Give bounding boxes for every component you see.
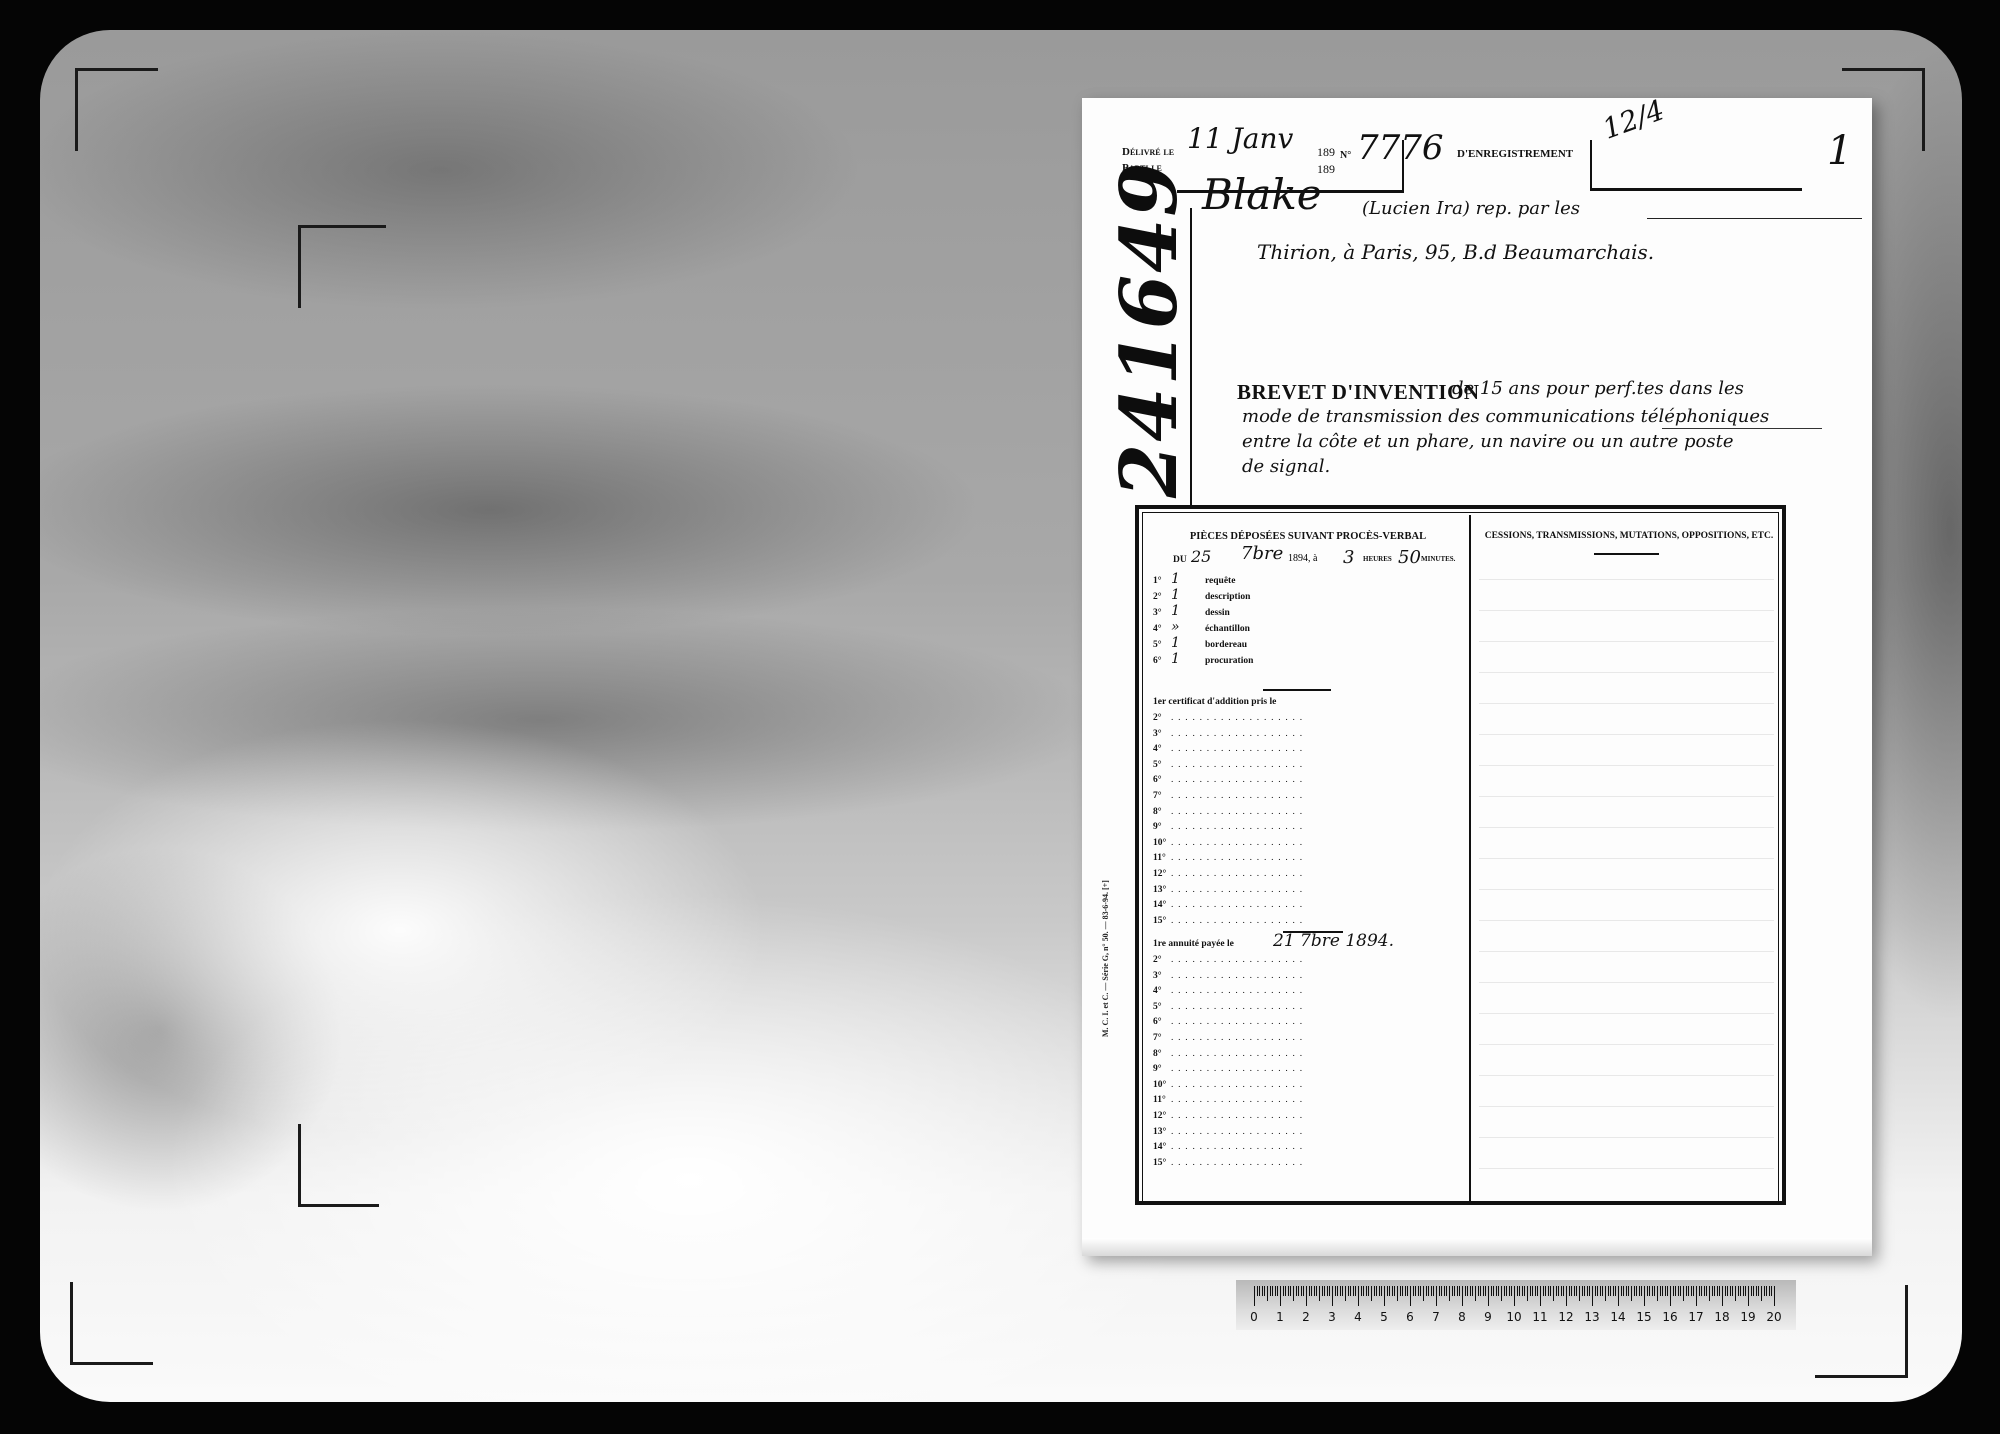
delivre-date-handwritten: 11 Janv — [1187, 122, 1293, 155]
ruler-tick — [1394, 1286, 1395, 1296]
numbered-row: 11°. . . . . . . . . . . . . . . . . . . — [1153, 853, 1303, 863]
ruler-tick — [1288, 1286, 1289, 1296]
piece-row: 6°1procuration — [1153, 651, 1253, 667]
ruler-tick — [1647, 1286, 1648, 1296]
ruler-tick — [1657, 1286, 1658, 1301]
corner-mark-top-left — [75, 68, 158, 151]
ruler-tick — [1511, 1286, 1512, 1296]
corner-mark-inner-bottom-left — [298, 1124, 379, 1207]
ruler-tick — [1423, 1286, 1424, 1301]
numbered-row: 14°. . . . . . . . . . . . . . . . . . . — [1153, 900, 1303, 910]
ruler-tick — [1696, 1286, 1697, 1306]
ruler-tick — [1400, 1286, 1401, 1296]
ruler-tick — [1275, 1286, 1276, 1296]
ruler-tick — [1738, 1286, 1739, 1296]
ruler-tick — [1654, 1286, 1655, 1296]
ruler-tick — [1563, 1286, 1564, 1296]
ruler-tick — [1301, 1286, 1302, 1296]
ruled-line — [1479, 889, 1774, 890]
ruler-tick — [1335, 1286, 1336, 1296]
ruler-tick — [1470, 1286, 1471, 1296]
corner-mark-bottom-right — [1815, 1285, 1908, 1378]
ruler-tick — [1361, 1286, 1362, 1296]
ruler-tick — [1524, 1286, 1525, 1296]
ruler-tick — [1662, 1286, 1663, 1296]
stamp-number: 241649 — [1094, 198, 1194, 498]
ruler-tick — [1452, 1286, 1453, 1296]
ruled-line — [1479, 827, 1774, 828]
deposit-month: 7bre — [1241, 543, 1283, 564]
ruler-tick — [1761, 1286, 1762, 1301]
ruler-label: 8 — [1458, 1310, 1466, 1324]
ruler-tick — [1420, 1286, 1421, 1296]
ruler-tick — [1699, 1286, 1700, 1296]
ruler-label: 18 — [1714, 1310, 1729, 1324]
numbered-row: 9°. . . . . . . . . . . . . . . . . . . — [1153, 822, 1303, 832]
measurement-ruler: 01234567891011121314151617181920 — [1236, 1280, 1796, 1330]
numbered-row: 7°. . . . . . . . . . . . . . . . . . . — [1153, 791, 1303, 801]
ruler-tick — [1496, 1286, 1497, 1296]
page-number: 1 — [1827, 128, 1852, 174]
annuite-label: 1re annuité payée le — [1153, 939, 1234, 949]
ruler-tick — [1514, 1286, 1515, 1306]
numbered-row: 4°. . . . . . . . . . . . . . . . . . . — [1153, 986, 1303, 996]
ruled-line — [1479, 765, 1774, 766]
ruler-tick — [1610, 1286, 1611, 1296]
ruler-tick — [1402, 1286, 1403, 1296]
ruler-tick — [1306, 1286, 1307, 1306]
ruler-tick — [1670, 1286, 1671, 1306]
ruler-tick — [1665, 1286, 1666, 1296]
cessions-separator — [1594, 553, 1659, 555]
ruler-tick — [1576, 1286, 1577, 1296]
ruler-tick — [1485, 1286, 1486, 1296]
ruler-tick — [1719, 1286, 1720, 1296]
deposit-date-line: DU 25 7bre 1894, à 3 HEURES 50 MINUTES. — [1173, 549, 1473, 569]
ruler-tick — [1545, 1286, 1546, 1296]
ruler-tick — [1693, 1286, 1694, 1296]
ruler-tick — [1498, 1286, 1499, 1296]
ruled-line — [1479, 610, 1774, 611]
ruler-tick — [1483, 1286, 1484, 1296]
ruler-tick — [1701, 1286, 1702, 1296]
ruler-label: 16 — [1662, 1310, 1677, 1324]
ruler-tick — [1569, 1286, 1570, 1296]
ruler-tick — [1444, 1286, 1445, 1296]
ruler-tick — [1322, 1286, 1323, 1296]
numbered-row: 12°. . . . . . . . . . . . . . . . . . . — [1153, 1111, 1303, 1121]
ruler-tick — [1342, 1286, 1343, 1296]
ruler-tick — [1530, 1286, 1531, 1296]
ruler-tick — [1298, 1286, 1299, 1296]
ruler-tick — [1641, 1286, 1642, 1296]
numbered-row: 2°. . . . . . . . . . . . . . . . . . . — [1153, 713, 1303, 723]
ruler-tick — [1535, 1286, 1536, 1296]
ruled-line — [1479, 1044, 1774, 1045]
ruler-tick — [1436, 1286, 1437, 1306]
ruled-line — [1479, 672, 1774, 673]
ruler-tick — [1340, 1286, 1341, 1296]
ruler-tick — [1732, 1286, 1733, 1296]
ruler-tick — [1548, 1286, 1549, 1296]
ruled-line — [1479, 920, 1774, 921]
ruler-tick — [1459, 1286, 1460, 1296]
brevet-rule — [1662, 428, 1822, 429]
ruler-tick — [1376, 1286, 1377, 1296]
ruled-line — [1479, 641, 1774, 642]
ruler-tick — [1454, 1286, 1455, 1296]
numbered-row: 9°. . . . . . . . . . . . . . . . . . . — [1153, 1064, 1303, 1074]
ruler-tick — [1543, 1286, 1544, 1296]
ruler-tick — [1277, 1286, 1278, 1296]
ruler-tick — [1735, 1286, 1736, 1301]
stamp-number-text: 241649 — [1104, 160, 1195, 498]
piece-row: 1°1requête — [1153, 571, 1235, 587]
ruler-tick — [1467, 1286, 1468, 1296]
ruler-tick — [1636, 1286, 1637, 1296]
ruler-tick — [1634, 1286, 1635, 1296]
ruler-tick — [1254, 1286, 1255, 1306]
ruler-tick — [1717, 1286, 1718, 1296]
ruler-label: 11 — [1532, 1310, 1547, 1324]
ruler-tick — [1449, 1286, 1450, 1301]
ruler-tick — [1613, 1286, 1614, 1296]
ruler-tick — [1517, 1286, 1518, 1296]
ruler-tick — [1631, 1286, 1632, 1301]
ruler-tick — [1433, 1286, 1434, 1296]
ruler-tick — [1660, 1286, 1661, 1296]
ruler-tick — [1509, 1286, 1510, 1296]
ruled-line — [1479, 796, 1774, 797]
ruler-tick — [1639, 1286, 1640, 1296]
ruler-tick — [1566, 1286, 1567, 1306]
ruler-tick — [1537, 1286, 1538, 1296]
ruler-tick — [1550, 1286, 1551, 1296]
ruler-tick — [1366, 1286, 1367, 1296]
margin-rule — [1190, 208, 1192, 508]
ruler-label: 6 — [1406, 1310, 1414, 1324]
ruler-tick — [1358, 1286, 1359, 1306]
ruler-tick — [1384, 1286, 1385, 1306]
ruler-tick — [1649, 1286, 1650, 1296]
ruler-tick — [1446, 1286, 1447, 1296]
ruler-label: 17 — [1688, 1310, 1703, 1324]
ruler-tick — [1491, 1286, 1492, 1296]
ruler-tick — [1296, 1286, 1297, 1296]
ruler-tick — [1709, 1286, 1710, 1301]
ruler-tick — [1457, 1286, 1458, 1296]
numbered-row: 2°. . . . . . . . . . . . . . . . . . . — [1153, 955, 1303, 965]
ruler-tick — [1371, 1286, 1372, 1301]
ruler-tick — [1506, 1286, 1507, 1296]
ruler-tick — [1725, 1286, 1726, 1296]
ruler-label: 14 — [1610, 1310, 1625, 1324]
ruler-tick — [1415, 1286, 1416, 1296]
ruler-tick — [1595, 1286, 1596, 1296]
ruler-tick — [1431, 1286, 1432, 1296]
corner-mark-bottom-left — [70, 1282, 153, 1365]
ruler-tick — [1774, 1286, 1775, 1306]
ruler-tick — [1426, 1286, 1427, 1296]
registration-form-table: M. C. I. et C. — Série G, n° 50. — 83-6-… — [1135, 505, 1786, 1205]
ruler-tick — [1608, 1286, 1609, 1296]
piece-row: 5°1bordereau — [1153, 635, 1247, 651]
column-divider — [1469, 515, 1471, 1205]
heures-label: HEURES — [1363, 555, 1392, 563]
ruler-tick — [1413, 1286, 1414, 1296]
numbered-row: 5°. . . . . . . . . . . . . . . . . . . — [1153, 1002, 1303, 1012]
du-label: DU — [1173, 555, 1187, 565]
ruler-label: 13 — [1584, 1310, 1599, 1324]
applicant-address: Thirion, à Paris, 95, B.d Beaumarchais. — [1257, 240, 1654, 264]
ruler-tick — [1272, 1286, 1273, 1296]
registration-number: 7776 — [1357, 128, 1444, 168]
ruler-tick — [1374, 1286, 1375, 1296]
ruler-tick — [1368, 1286, 1369, 1296]
ruler-tick — [1350, 1286, 1351, 1296]
numbered-row: 13°. . . . . . . . . . . . . . . . . . . — [1153, 1127, 1303, 1137]
brevet-line-4: de signal. — [1242, 456, 1330, 477]
ruler-tick — [1623, 1286, 1624, 1296]
ruler-tick — [1329, 1286, 1330, 1296]
ruler-tick — [1418, 1286, 1419, 1296]
deposit-hour: 3 — [1343, 547, 1354, 568]
ruler-tick — [1303, 1286, 1304, 1296]
ruler-label: 10 — [1506, 1310, 1521, 1324]
numbered-row: 4°. . . . . . . . . . . . . . . . . . . — [1153, 744, 1303, 754]
ruler-tick — [1618, 1286, 1619, 1306]
ruler-tick — [1582, 1286, 1583, 1296]
ruler-tick — [1465, 1286, 1466, 1296]
ruler-tick — [1722, 1286, 1723, 1306]
numbered-row: 8°. . . . . . . . . . . . . . . . . . . — [1153, 1049, 1303, 1059]
ruler-tick — [1673, 1286, 1674, 1296]
ruler-tick — [1751, 1286, 1752, 1296]
ruler-tick — [1309, 1286, 1310, 1296]
printer-imprint: M. C. I. et C. — Série G, n° 50. — 83-6-… — [1101, 880, 1110, 1037]
registration-no-label: N° — [1340, 150, 1351, 161]
numbered-row: 13°. . . . . . . . . . . . . . . . . . . — [1153, 885, 1303, 895]
ruler-tick — [1587, 1286, 1588, 1296]
ruler-tick — [1574, 1286, 1575, 1296]
ruled-line — [1479, 734, 1774, 735]
ruler-tick — [1615, 1286, 1616, 1296]
ruler-label: 15 — [1636, 1310, 1651, 1324]
ruler-tick — [1480, 1286, 1481, 1296]
certificat-label: 1er certificat d'addition pris le — [1153, 697, 1276, 707]
ruler-tick — [1280, 1286, 1281, 1306]
ruler-tick — [1704, 1286, 1705, 1296]
ruler-tick — [1488, 1286, 1489, 1306]
numbered-row: 15°. . . . . . . . . . . . . . . . . . . — [1153, 916, 1303, 926]
ruler-tick — [1327, 1286, 1328, 1296]
ruler-label: 12 — [1558, 1310, 1573, 1324]
ruler-label: 1 — [1276, 1310, 1284, 1324]
ruler-tick — [1314, 1286, 1315, 1296]
ruler-tick — [1462, 1286, 1463, 1306]
ruler-tick — [1353, 1286, 1354, 1296]
ruled-line — [1479, 1168, 1774, 1169]
brevet-line-1: de 15 ans pour perf.tes dans les — [1452, 378, 1744, 399]
ruler-label: 7 — [1432, 1310, 1440, 1324]
brevet-line-2: mode de transmission des communications … — [1242, 406, 1769, 427]
ruler-tick — [1363, 1286, 1364, 1296]
ruler-tick — [1439, 1286, 1440, 1296]
ruler-tick — [1597, 1286, 1598, 1296]
ruler-label: 20 — [1766, 1310, 1781, 1324]
ruled-line — [1479, 1075, 1774, 1076]
ruler-tick — [1519, 1286, 1520, 1296]
ruler-tick — [1293, 1286, 1294, 1301]
ruled-line — [1479, 1013, 1774, 1014]
ruler-tick — [1428, 1286, 1429, 1296]
deposit-year: 1894, à — [1288, 553, 1317, 564]
applicant-first-names: (Lucien Ira) rep. par les — [1362, 198, 1580, 219]
ruler-tick — [1441, 1286, 1442, 1296]
ruler-tick — [1319, 1286, 1320, 1301]
ruled-line — [1479, 982, 1774, 983]
ruler-tick — [1652, 1286, 1653, 1296]
ruled-line — [1479, 951, 1774, 952]
ruler-tick — [1766, 1286, 1767, 1296]
ruler-tick — [1527, 1286, 1528, 1301]
ruler-tick — [1397, 1286, 1398, 1301]
ruler-tick — [1769, 1286, 1770, 1296]
ruler-tick — [1504, 1286, 1505, 1296]
ruler-tick — [1348, 1286, 1349, 1296]
ruler-tick — [1584, 1286, 1585, 1296]
ruler-tick — [1579, 1286, 1580, 1301]
ruler-tick — [1600, 1286, 1601, 1296]
ruler-tick — [1493, 1286, 1494, 1296]
piece-row: 3°1dessin — [1153, 603, 1230, 619]
corner-mark-inner-top-left — [298, 225, 386, 308]
ruler-tick — [1311, 1286, 1312, 1296]
ruler-tick — [1316, 1286, 1317, 1296]
ruler-label: 3 — [1328, 1310, 1336, 1324]
ruler-tick — [1764, 1286, 1765, 1296]
delivre-label: Délivré le — [1122, 146, 1174, 158]
numbered-row: 7°. . . . . . . . . . . . . . . . . . . — [1153, 1033, 1303, 1043]
ruler-tick — [1556, 1286, 1557, 1296]
ruler-tick — [1589, 1286, 1590, 1296]
ruler-tick — [1283, 1286, 1284, 1296]
numbered-row: 6°. . . . . . . . . . . . . . . . . . . — [1153, 775, 1303, 785]
ruler-tick — [1501, 1286, 1502, 1301]
patent-registration-card: Délivré le Parti le 189 189 11 Janv 7776… — [1082, 98, 1872, 1256]
ruler-tick — [1532, 1286, 1533, 1296]
ruler-tick — [1756, 1286, 1757, 1296]
piece-row: 2°1description — [1153, 587, 1250, 603]
ruled-line — [1479, 858, 1774, 859]
ruler-tick — [1267, 1286, 1268, 1301]
ruler-tick — [1592, 1286, 1593, 1306]
ruler-tick — [1407, 1286, 1408, 1296]
ruler-tick — [1337, 1286, 1338, 1296]
ruler-tick — [1270, 1286, 1271, 1296]
cessions-title: CESSIONS, TRANSMISSIONS, MUTATIONS, OPPO… — [1479, 531, 1779, 541]
ruler-tick — [1758, 1286, 1759, 1296]
ruler-tick — [1712, 1286, 1713, 1296]
ruler-label: 5 — [1380, 1310, 1388, 1324]
ruler-label: 19 — [1740, 1310, 1755, 1324]
applicant-name: Blake — [1202, 170, 1322, 219]
ruler-tick — [1259, 1286, 1260, 1296]
ruler-tick — [1553, 1286, 1554, 1301]
ruler-tick — [1522, 1286, 1523, 1296]
ruler-tick — [1475, 1286, 1476, 1301]
piece-row: 4°»échantillon — [1153, 619, 1250, 635]
ruler-tick — [1332, 1286, 1333, 1306]
minutes-label: MINUTES. — [1421, 555, 1455, 563]
ruler-tick — [1605, 1286, 1606, 1301]
ruler-tick — [1667, 1286, 1668, 1296]
ruler-tick — [1472, 1286, 1473, 1296]
ruler-tick — [1257, 1286, 1258, 1296]
ruler-tick — [1730, 1286, 1731, 1296]
ruler-tick — [1680, 1286, 1681, 1296]
ruler-tick — [1381, 1286, 1382, 1296]
registration-label: D'ENREGISTREMENT — [1457, 148, 1573, 160]
numbered-row: 12°. . . . . . . . . . . . . . . . . . . — [1153, 869, 1303, 879]
page-number-box — [1590, 140, 1802, 191]
numbered-row: 3°. . . . . . . . . . . . . . . . . . . — [1153, 971, 1303, 981]
ruler-tick — [1691, 1286, 1692, 1296]
name-rule — [1647, 218, 1862, 219]
ruler-tick — [1392, 1286, 1393, 1296]
ruler-tick — [1706, 1286, 1707, 1296]
ruler-tick — [1675, 1286, 1676, 1296]
ruler-tick — [1410, 1286, 1411, 1306]
numbered-row: 6°. . . . . . . . . . . . . . . . . . . — [1153, 1017, 1303, 1027]
ruled-line — [1479, 703, 1774, 704]
ruler-tick — [1602, 1286, 1603, 1296]
ruler-tick — [1644, 1286, 1645, 1306]
ruler-tick — [1405, 1286, 1406, 1296]
ruler-label: 9 — [1484, 1310, 1492, 1324]
ruler-tick — [1571, 1286, 1572, 1296]
ruled-line — [1479, 1106, 1774, 1107]
ruler-tick — [1740, 1286, 1741, 1296]
numbered-row: 10°. . . . . . . . . . . . . . . . . . . — [1153, 838, 1303, 848]
annuite-date: 21 7bre 1894. — [1273, 931, 1394, 951]
ruler-tick — [1748, 1286, 1749, 1306]
ruler-tick — [1628, 1286, 1629, 1296]
ruler-tick — [1745, 1286, 1746, 1296]
deposit-day: 25 — [1191, 547, 1211, 566]
ruler-tick — [1561, 1286, 1562, 1296]
ruler-tick — [1285, 1286, 1286, 1296]
ruler-tick — [1714, 1286, 1715, 1296]
registration-fraction: 12/4 — [1598, 93, 1668, 146]
numbered-row: 15°. . . . . . . . . . . . . . . . . . . — [1153, 1158, 1303, 1168]
ruler-tick — [1771, 1286, 1772, 1296]
ruler-tick — [1686, 1286, 1687, 1296]
ruler-tick — [1626, 1286, 1627, 1296]
ruler-tick — [1345, 1286, 1346, 1301]
pieces-title: PIÈCES DÉPOSÉES SUIVANT PROCÈS-VERBAL — [1153, 531, 1463, 542]
brevet-title: BREVET D'INVENTION — [1237, 380, 1480, 405]
ruler-tick — [1387, 1286, 1388, 1296]
ruler-label: 2 — [1302, 1310, 1310, 1324]
ruler-tick — [1621, 1286, 1622, 1296]
ruler-label: 0 — [1250, 1310, 1258, 1324]
ruler-tick — [1753, 1286, 1754, 1296]
deposit-minutes: 50 — [1398, 547, 1421, 568]
numbered-row: 10°. . . . . . . . . . . . . . . . . . . — [1153, 1080, 1303, 1090]
ruler-tick — [1683, 1286, 1684, 1301]
numbered-row: 11°. . . . . . . . . . . . . . . . . . . — [1153, 1095, 1303, 1105]
